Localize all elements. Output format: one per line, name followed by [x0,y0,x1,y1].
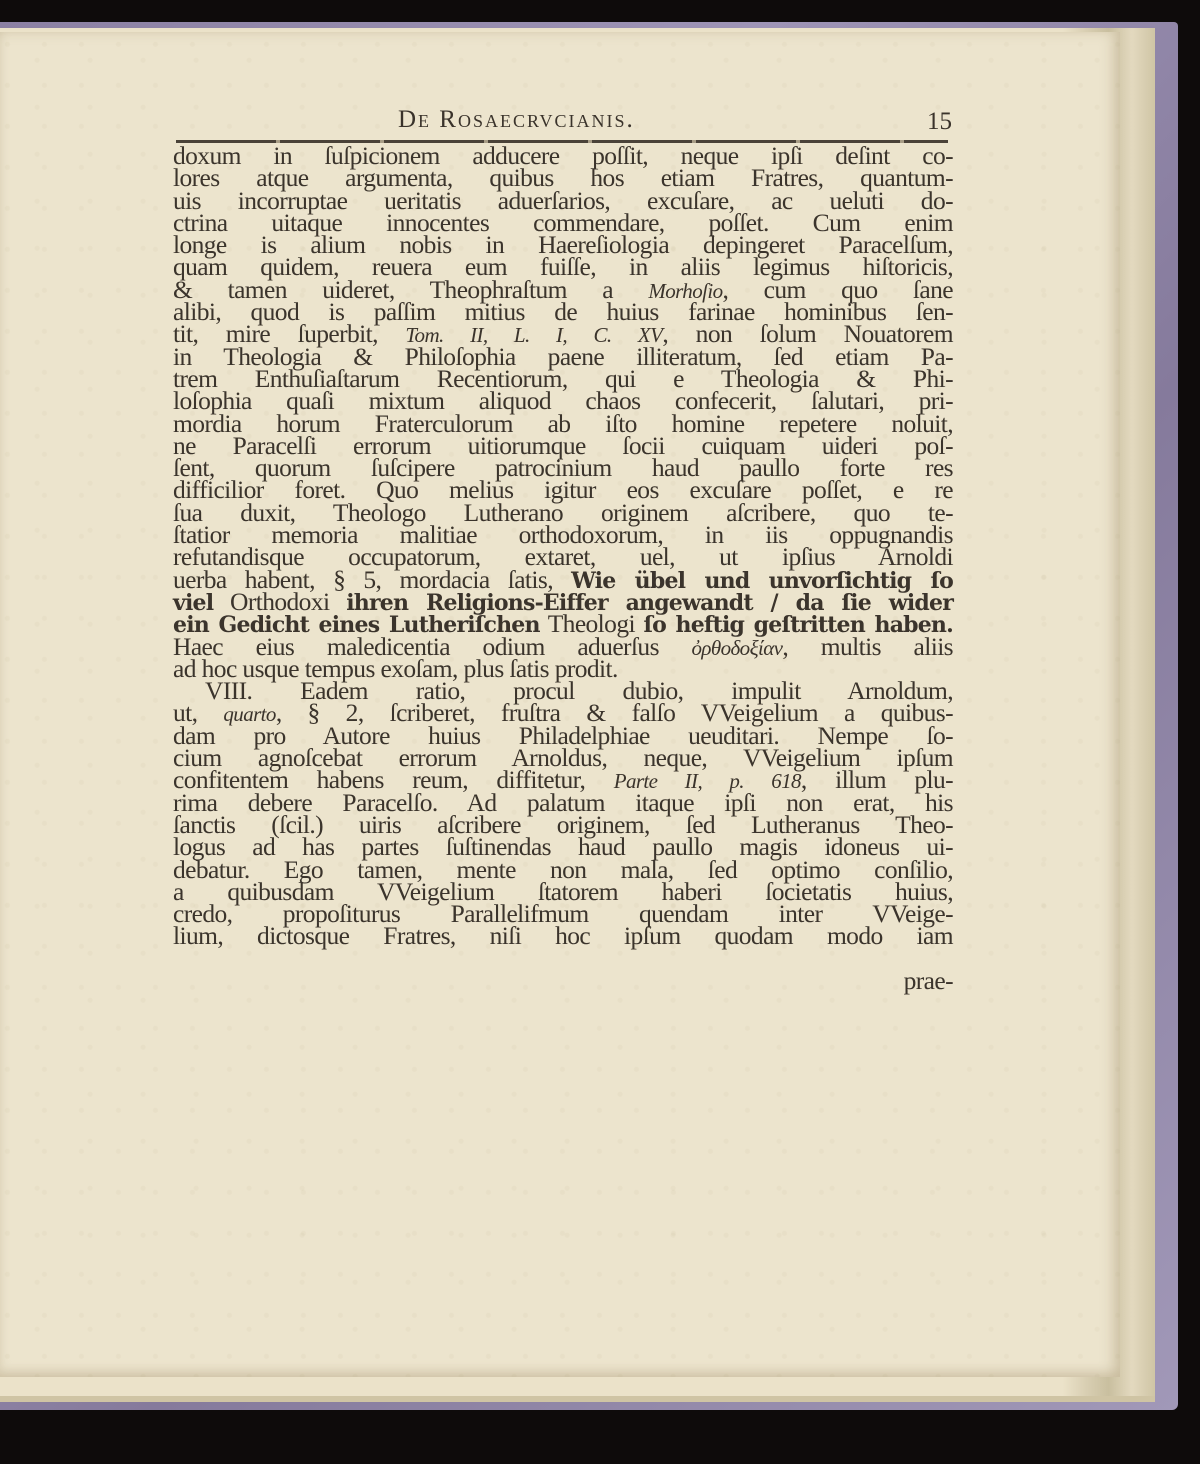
body-text: doxum in ſuſpicionem adducere poſſit, ne… [173,145,953,992]
catchword: prae- [173,948,953,992]
running-head: De Rosaecrvcianis. 15 [170,106,960,138]
text-run: , multis aliis [782,632,953,661]
running-title: De Rosaecrvcianis. [398,106,635,134]
page-number: 15 [927,108,952,136]
text-line: lium, dictosque Fratres, niſi hoc ipſum … [173,925,953,947]
greek-word: ὀρθοδοξίαν [692,636,783,660]
